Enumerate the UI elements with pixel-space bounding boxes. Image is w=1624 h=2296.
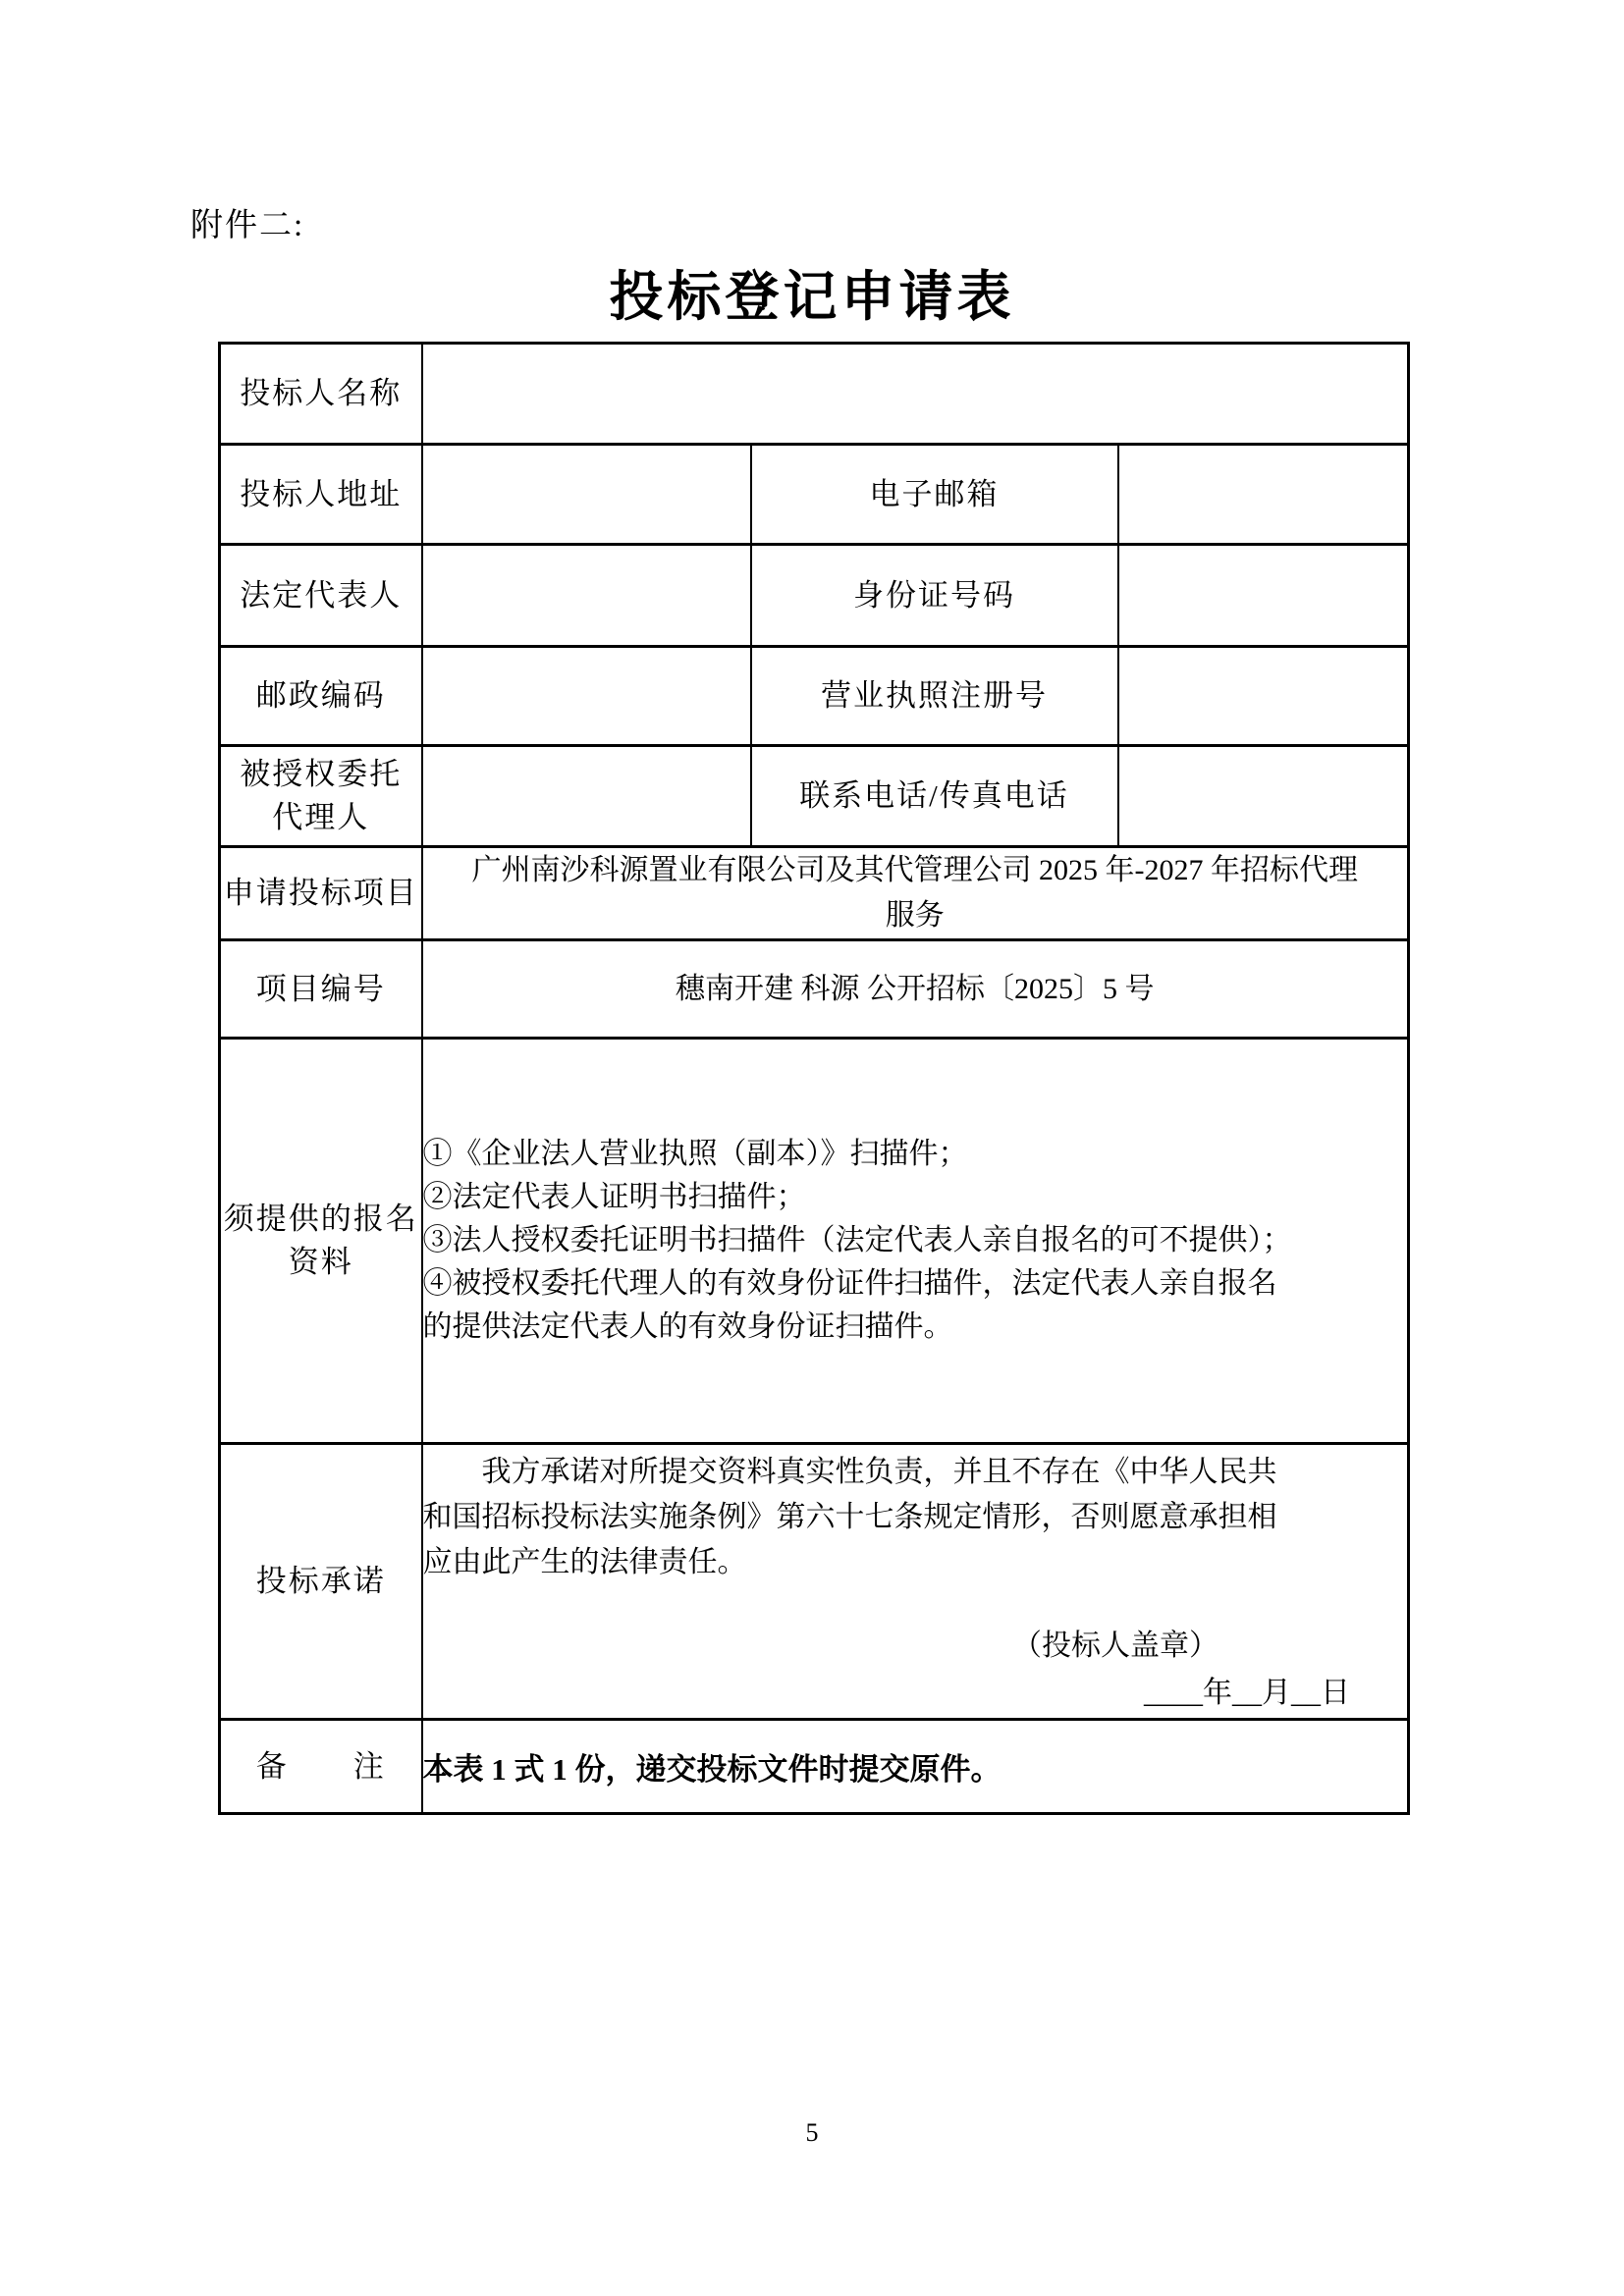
email-value-cell	[1118, 445, 1409, 545]
id-number-label: 身份证号码	[751, 545, 1118, 647]
date-blank-line: ____年__月__日	[423, 1674, 1408, 1713]
row-legal-rep: 法定代表人 身份证号码	[220, 545, 1409, 647]
row-bidder-address: 投标人地址 电子邮箱	[220, 445, 1409, 545]
postal-code-value-cell	[422, 647, 751, 746]
project-number-value: 穗南开建 科源 公开招标〔2025〕5 号	[422, 940, 1409, 1039]
bidder-name-label: 投标人名称	[220, 344, 422, 445]
row-project-number: 项目编号 穗南开建 科源 公开招标〔2025〕5 号	[220, 940, 1409, 1039]
materials-list-cell: ①《企业法人营业执照（副本）》扫描件； ②法定代表人证明书扫描件； ③法人授权委…	[422, 1039, 1409, 1444]
attachment-label: 附件二:	[190, 199, 304, 245]
row-authorized-agent: 被授权委托 代理人 联系电话/传真电话	[220, 746, 1409, 847]
bidder-name-value-cell	[422, 344, 1409, 445]
id-number-value-cell	[1118, 545, 1409, 647]
bidder-address-value-cell	[422, 445, 751, 545]
materials-item-4: ④被授权委托代理人的有效身份证件扫描件，法定代表人亲自报名 的提供法定代表人的有…	[423, 1262, 1408, 1349]
page-number: 5	[0, 2118, 1624, 2148]
row-bidder-name: 投标人名称	[220, 344, 1409, 445]
authorized-agent-value-cell	[422, 746, 751, 847]
license-number-label: 营业执照注册号	[751, 647, 1118, 746]
row-materials: 须提供的报名 资料 ①《企业法人营业执照（副本）》扫描件； ②法定代表人证明书扫…	[220, 1039, 1409, 1444]
project-label: 申请投标项目	[220, 847, 422, 940]
row-commitment: 投标承诺 我方承诺对所提交资料真实性负责，并且不存在《中华人民共 和国招标投标法…	[220, 1444, 1409, 1720]
commitment-label: 投标承诺	[220, 1444, 422, 1720]
email-label: 电子邮箱	[751, 445, 1118, 545]
bid-registration-form-table: 投标人名称 投标人地址 电子邮箱 法定代表人 身份证号码 邮政编码 营业执照注册…	[218, 342, 1410, 1815]
row-project: 申请投标项目 广州南沙科源置业有限公司及其代管理公司 2025 年-2027 年…	[220, 847, 1409, 940]
phone-fax-label: 联系电话/传真电话	[751, 746, 1118, 847]
materials-label: 须提供的报名 资料	[220, 1039, 422, 1444]
bidder-stamp-note: （投标人盖章）	[423, 1627, 1408, 1666]
materials-item-1: ①《企业法人营业执照（副本）》扫描件；	[423, 1133, 1408, 1176]
remarks-label: 备 注	[220, 1720, 422, 1814]
row-remarks: 备 注 本表 1 式 1 份，递交投标文件时提交原件。	[220, 1720, 1409, 1814]
phone-fax-value-cell	[1118, 746, 1409, 847]
bidder-address-label: 投标人地址	[220, 445, 422, 545]
postal-code-label: 邮政编码	[220, 647, 422, 746]
materials-item-2: ②法定代表人证明书扫描件；	[423, 1176, 1408, 1219]
license-number-value-cell	[1118, 647, 1409, 746]
document-page: 附件二: 投标登记申请表 投标人名称 投标人地址 电子邮箱 法定代表人 身份证号…	[0, 0, 1624, 2296]
commitment-cell: 我方承诺对所提交资料真实性负责，并且不存在《中华人民共 和国招标投标法实施条例》…	[422, 1444, 1409, 1720]
row-postal-code: 邮政编码 营业执照注册号	[220, 647, 1409, 746]
authorized-agent-label: 被授权委托 代理人	[220, 746, 422, 847]
legal-rep-label: 法定代表人	[220, 545, 422, 647]
page-title: 投标登记申请表	[0, 253, 1624, 331]
legal-rep-value-cell	[422, 545, 751, 647]
materials-item-3: ③法人授权委托证明书扫描件（法定代表人亲自报名的可不提供）；	[423, 1219, 1408, 1262]
commitment-paragraph: 我方承诺对所提交资料真实性负责，并且不存在《中华人民共 和国招标投标法实施条例》…	[423, 1450, 1408, 1585]
project-value: 广州南沙科源置业有限公司及其代管理公司 2025 年-2027 年招标代理 服务	[422, 847, 1409, 940]
remarks-value: 本表 1 式 1 份，递交投标文件时提交原件。	[422, 1720, 1409, 1814]
project-number-label: 项目编号	[220, 940, 422, 1039]
